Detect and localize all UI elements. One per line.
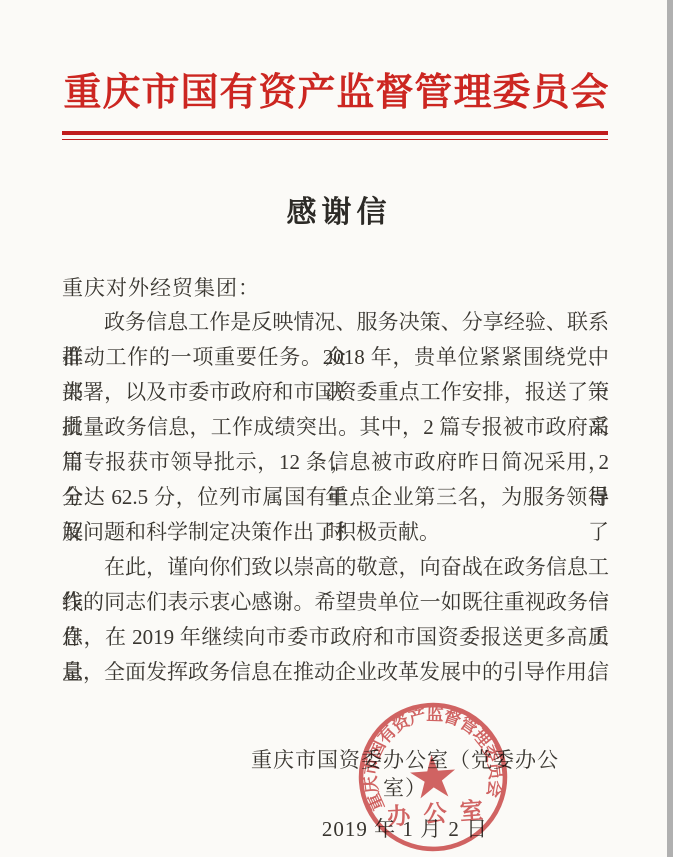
letterhead-org-name: 重庆市国有资产监督管理委员会	[0, 70, 673, 116]
letter-body-line: 分达 62.5 分，位列市属国有重点企业第三名，为服务领导及时了	[62, 480, 609, 515]
letter-body-line: 篇专报获市领导批示，12 条信息被市政府昨日简况采用，全年得	[62, 445, 609, 480]
letter-body-line: 政务信息工作是反映情况、服务决策、分享经验、联系群众、	[62, 305, 609, 340]
letter-body-line: 质量政务信息，工作成绩突出。其中，2 篇专报被市政府采用，2	[62, 410, 609, 445]
scanner-edge-strip	[667, 0, 673, 857]
letter-page: 重庆市国有资产监督管理委员会 感谢信 重庆对外经贸集团： 政务信息工作是反映情况…	[0, 0, 673, 857]
letter-body-line: 息，全面发挥政务信息在推动企业改革发展中的引导作用。	[62, 655, 609, 690]
salutation: 重庆对外经贸集团：	[62, 274, 609, 302]
letter-body-line: 作，在 2019 年继续向市委市政府和市国资委报送更多高质量信	[62, 620, 609, 655]
signature-office: 重庆市国资委办公室（党委办公室）	[235, 746, 575, 802]
letterhead-rule	[62, 131, 608, 140]
letter-body-line: 在此，谨向你们致以崇高的敬意，向奋战在政务信息工作一	[62, 550, 609, 585]
signature-date: 2019 年 1 月 2 日	[235, 815, 575, 843]
letter-title: 感谢信	[0, 196, 673, 230]
letter-body-line: 线的同志们表示衷心感谢。希望贵单位一如既往重视政务信息工	[62, 585, 609, 620]
letter-body-line: 推动工作的一项重要任务。2018 年，贵单位紧紧围绕党中央决策	[62, 340, 609, 375]
signature-block: 重庆市国资委办公室（党委办公室） 2019 年 1 月 2 日	[235, 746, 575, 843]
letter-body-line: 部署，以及市委市政府和市国资委重点工作安排，报送了一批高	[62, 375, 609, 410]
letter-body: 政务信息工作是反映情况、服务决策、分享经验、联系群众、推动工作的一项重要任务。2…	[62, 305, 609, 690]
